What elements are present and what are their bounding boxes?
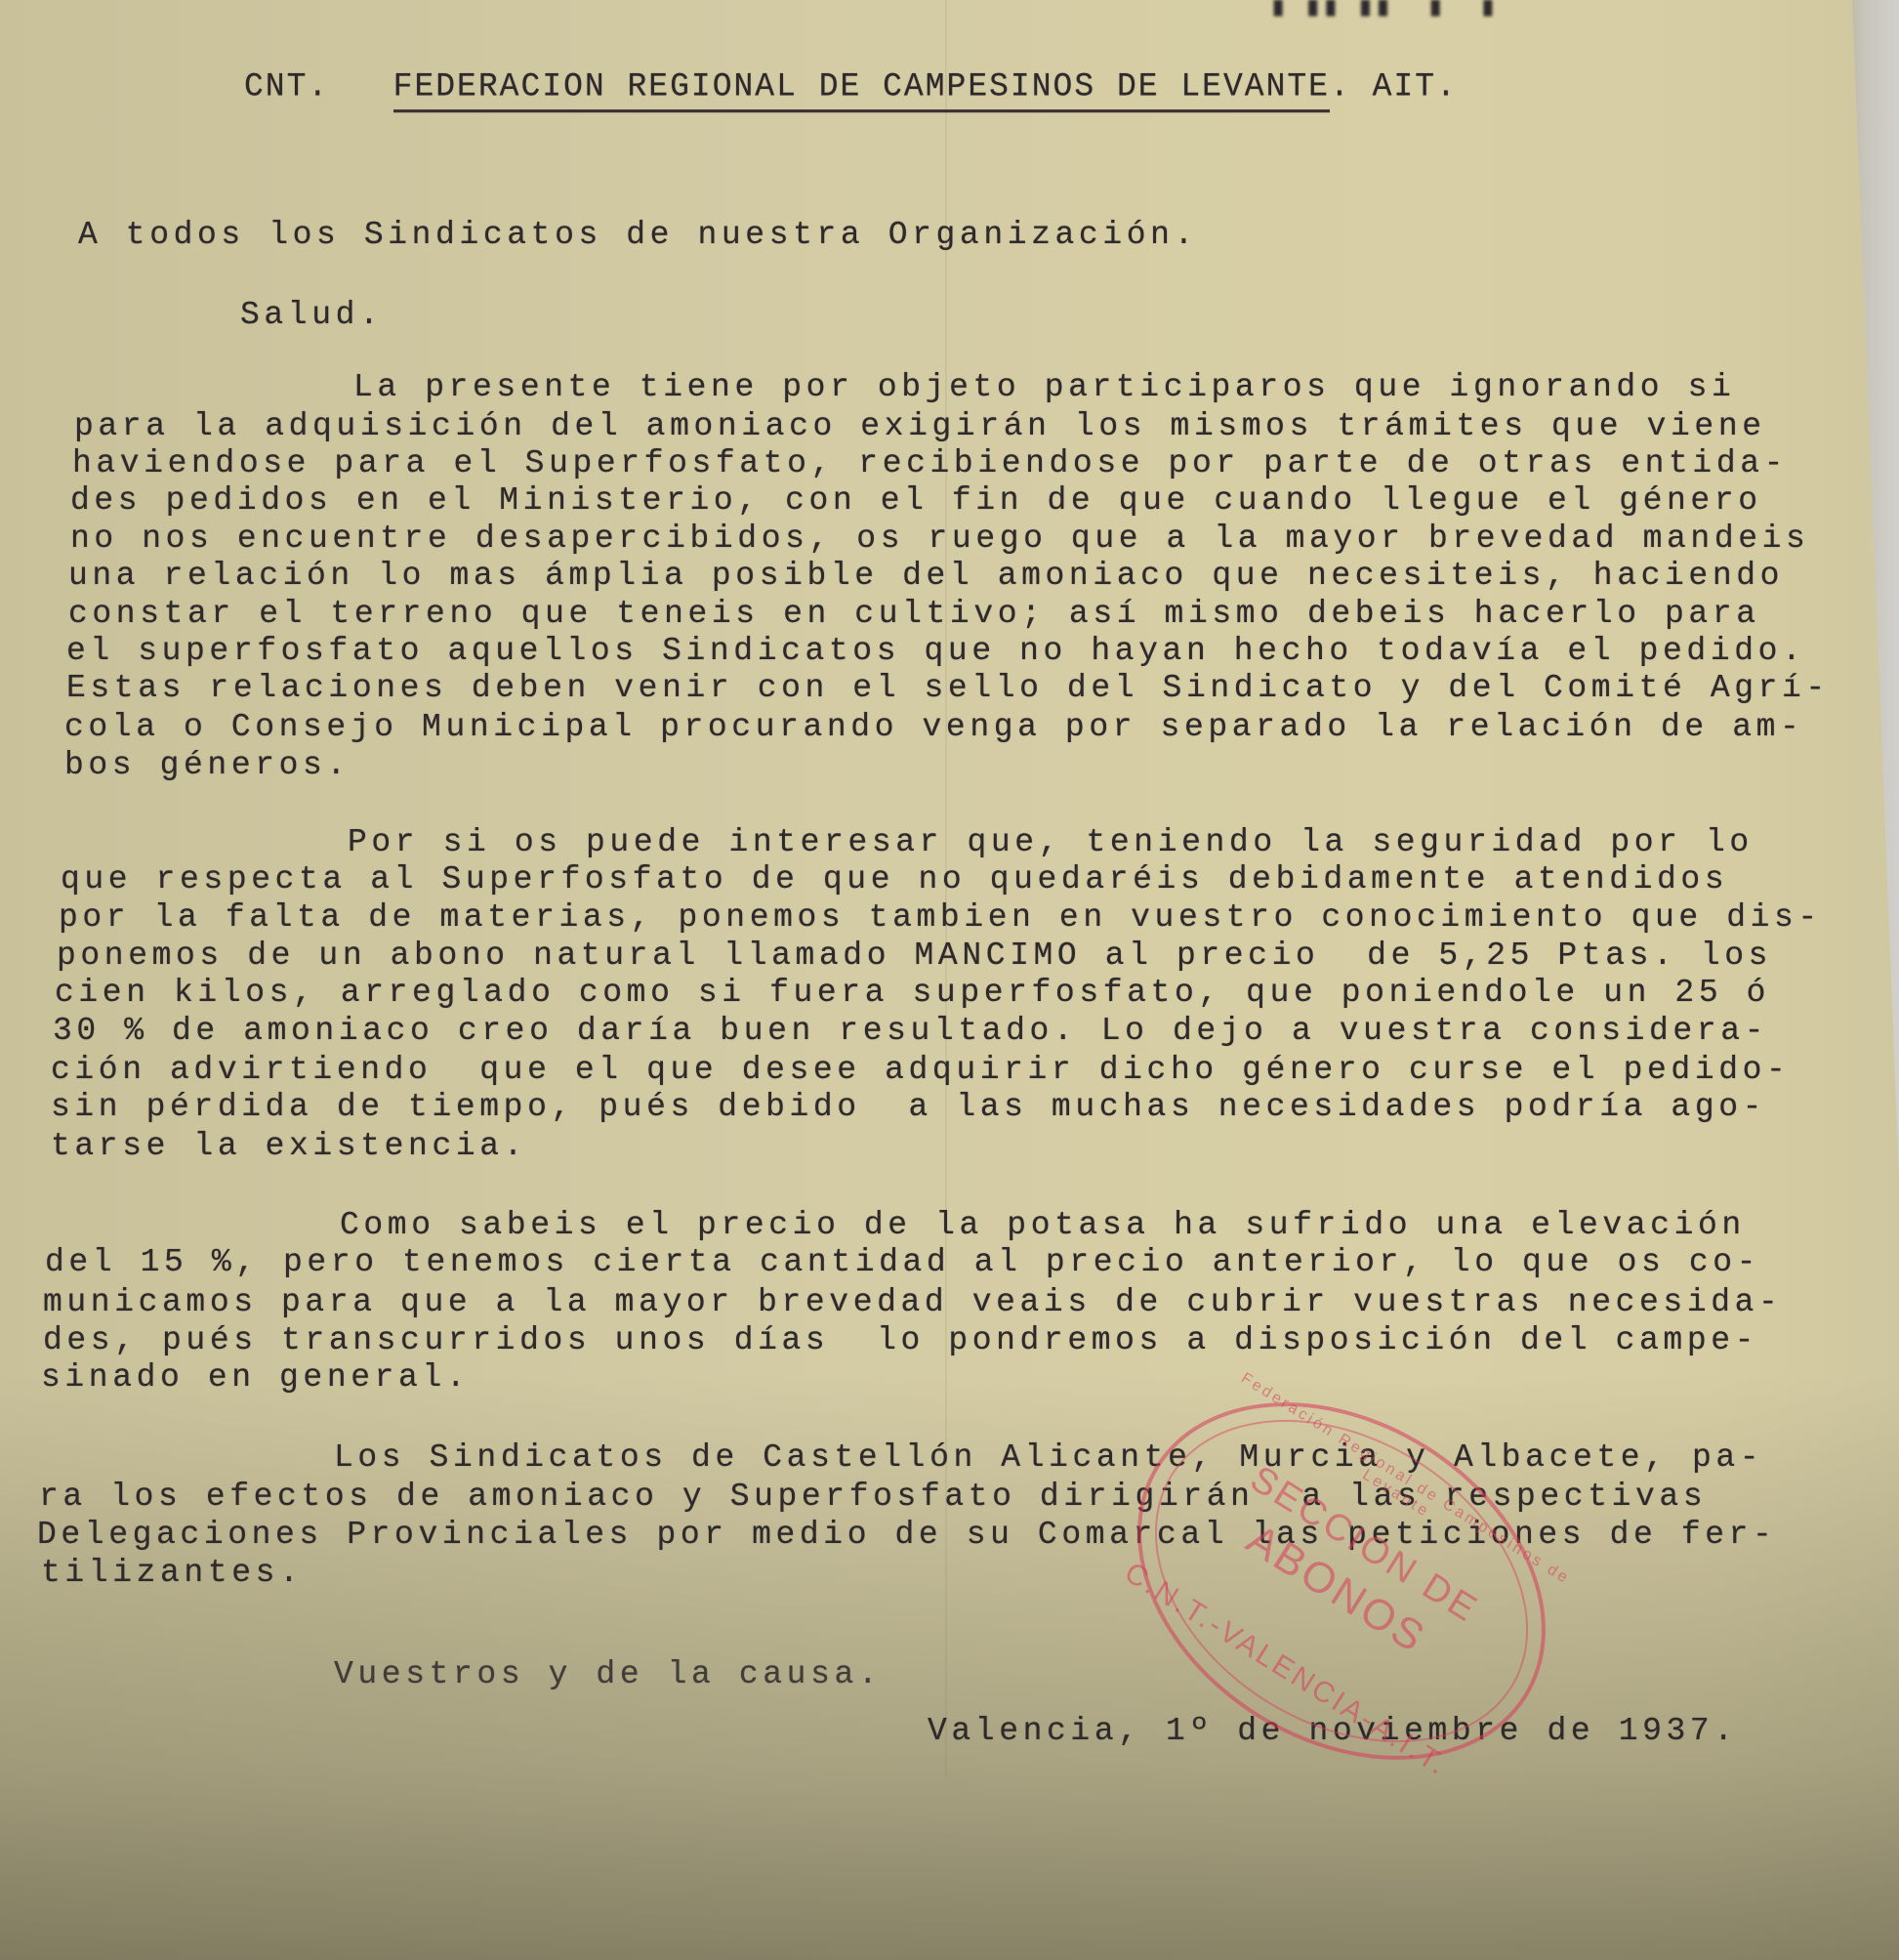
paragraph-3-line: municamos para que a la mayor brevedad v… [43,1284,1782,1320]
paragraph-1-line: La presente tiene por objeto participaro… [353,369,1735,405]
paragraph-3-line: des, pués transcurridos unos días lo pon… [43,1322,1758,1358]
paragraph-2-line: ción advirtiendo que el que desee adquir… [51,1052,1790,1088]
paragraph-2-line: tarse la existencia. [51,1128,527,1164]
stamp-bottom-text: C.N.T.-VALENCIA-A.I.T. [1095,1542,1477,1798]
paragraph-1-line: bos géneros. [64,747,351,783]
paragraph-1-line: para la adquisición del amoniaco exigirá… [74,408,1766,444]
paragraph-4-line: Delegaciones Provinciales por medio de s… [37,1517,1776,1553]
paragraph-2-line: que respecta al Superfosfato de que no q… [61,861,1728,897]
greeting: Salud. [240,297,383,333]
paragraph-3-line: Como sabeis el precio de la potasa ha su… [340,1207,1746,1243]
paragraph-4-line: Los Sindicatos de Castellón Alicante, Mu… [334,1439,1763,1476]
paragraph-1-line: no nos encuentre desapercibidos, os rueg… [70,521,1809,557]
paragraph-2-line: sin pérdida de tiempo, pués debido a las… [51,1089,1766,1125]
top-typed-marks: ▘▝▘▝▘ ▘ ▘ [1274,0,1510,34]
paragraph-1-line: constar el terreno que teneis en cultivo… [68,596,1760,632]
paragraph-1-line: el superfosfato aquellos Sindicatos que … [66,633,1805,669]
letter-page: ▘▝▘▝▘ ▘ ▘ CNT. FEDERACION REGIONAL DE CA… [0,0,1899,1960]
paragraph-4-line: ra los efectos de amoniaco y Superfosfat… [39,1479,1707,1515]
paragraph-2-line: por la falta de materias, ponemos tambie… [59,899,1822,936]
paragraph-2-line: ponemos de un abono natural llamado MANC… [57,938,1772,974]
paragraph-1-line: haviendose para el Superfosfato, recibie… [72,445,1788,481]
closing: Vuestros y de la causa. [334,1656,882,1692]
paragraph-1-line: des pedidos en el Ministerio, con el fin… [70,482,1762,519]
paragraph-4-line: tilizantes. [41,1555,303,1591]
paragraph-1-line: Estas relaciones deben venir con el sell… [66,670,1830,706]
page-edge [1840,0,1899,1960]
paragraph-1-line: cola o Consejo Municipal procurando veng… [64,709,1803,745]
paragraph-3-line: del 15 %, pero tenemos cierta cantidad a… [45,1244,1760,1280]
paragraph-3-line: sinado en general. [41,1359,470,1396]
letterhead-cnt: CNT. [244,67,329,105]
letterhead: CNT. FEDERACION REGIONAL DE CAMPESINOS D… [244,67,1458,105]
red-ink-stamp: Federación Regional de Campesinos de Lev… [1071,1329,1612,1833]
date-line: Valencia, 1º de noviembre de 1937. [928,1713,1738,1749]
salutation: A todos los Sindicatos de nuestra Organi… [78,217,1198,253]
paragraph-2-line: Por si os puede interesar que, teniendo … [348,824,1754,860]
letterhead-organization: FEDERACION REGIONAL DE CAMPESINOS DE LEV… [393,67,1330,112]
paragraph-2-line: cien kilos, arreglado como si fuera supe… [55,975,1770,1011]
letterhead-ait: . AIT. [1330,67,1458,105]
paragraph-1-line: una relación lo mas ámplia posible del a… [68,558,1784,594]
paragraph-2-line: 30 % de amoniaco creo daría buen resulta… [53,1013,1768,1049]
